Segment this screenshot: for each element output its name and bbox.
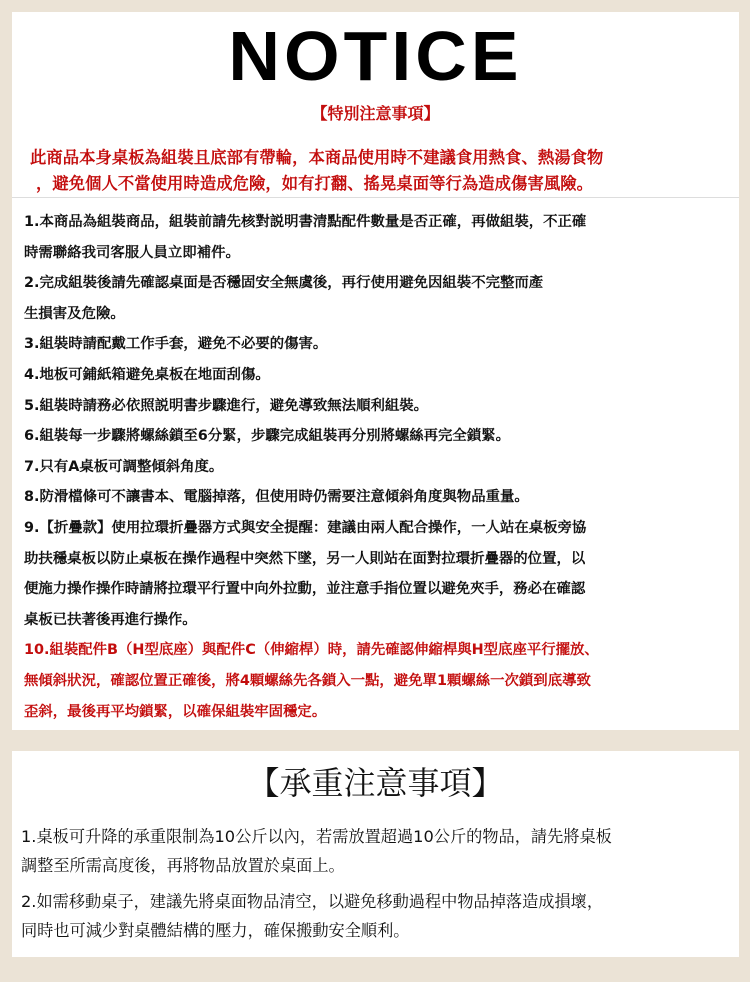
load-bearing-title: 【承重注意事項】 [12, 759, 739, 807]
item-line: 1.桌板可升降的承重限制為10公斤以內，若需放置超過10公斤的物品，請先將桌板 [21, 823, 733, 852]
notice-intro-warning: 此商品本身桌板為組裝且底部有帶輪，本商品使用時不建議食用熱食、熱湯食物 ，避免個… [30, 145, 730, 197]
notice-item-1: 1.本商品為組裝商品，組裝前請先核對説明書清點配件數量是否正確，再做組裝，不正確… [24, 207, 730, 268]
item-line: 2.完成組裝後請先確認桌面是否穩固安全無虞後，再行使用避免因組裝不完整而產 [24, 268, 730, 299]
notice-item-3: 3.組裝時請配戴工作手套，避免不必要的傷害。 [24, 329, 730, 360]
item-line: 4.地板可鋪紙箱避免桌板在地面刮傷。 [24, 360, 730, 391]
item-line: 7.只有A桌板可調整傾斜角度。 [24, 452, 730, 483]
item-line: 2.如需移動桌子，建議先將桌面物品清空，以避免移動過程中物品掉落造成損壞， [21, 888, 733, 917]
load-bearing-card: 【承重注意事項】 1.桌板可升降的承重限制為10公斤以內，若需放置超過10公斤的… [12, 751, 739, 957]
item-line: 10.組裝配件B（H型底座）與配件C（伸縮桿）時，請先確認伸縮桿與H型底座平行擺… [24, 635, 730, 666]
item-line: 便施力操作操作時請將拉環平行置中向外拉動，並注意手指位置以避免夾手，務必在確認 [24, 574, 730, 605]
notice-item-8: 8.防滑檔條可不讓書本、電腦掉落，但使用時仍需要注意傾斜角度與物品重量。 [24, 482, 730, 513]
notice-item-5: 5.組裝時請務必依照説明書步驟進行，避免導致無法順利組裝。 [24, 391, 730, 422]
notice-title: NOTICE [5, 16, 747, 96]
item-line: 1.本商品為組裝商品，組裝前請先核對説明書清點配件數量是否正確，再做組裝，不正確 [24, 207, 730, 238]
notice-card: NOTICE 【特別注意事項】 此商品本身桌板為組裝且底部有帶輪，本商品使用時不… [12, 12, 739, 730]
item-line: 3.組裝時請配戴工作手套，避免不必要的傷害。 [24, 329, 730, 360]
item-line: 歪斜，最後再平均鎖緊，以確保組裝牢固穩定。 [24, 697, 730, 728]
divider [12, 197, 739, 198]
load-item-1: 1.桌板可升降的承重限制為10公斤以內，若需放置超過10公斤的物品，請先將桌板 … [21, 823, 733, 880]
item-line: 無傾斜狀況，確認位置正確後，將4顆螺絲先各鎖入一點，避免單1顆螺絲一次鎖到底導致 [24, 666, 730, 697]
item-line: 桌板已扶著後再進行操作。 [24, 605, 730, 636]
item-line: 生損害及危險。 [24, 299, 730, 330]
item-line: 8.防滑檔條可不讓書本、電腦掉落，但使用時仍需要注意傾斜角度與物品重量。 [24, 482, 730, 513]
intro-line: ，避免個人不當使用時造成危險，如有打翻、搖晃桌面等行為造成傷害風險。 [30, 171, 730, 197]
notice-item-10-highlight: 10.組裝配件B（H型底座）與配件C（伸縮桿）時，請先確認伸縮桿與H型底座平行擺… [24, 635, 730, 727]
item-line: 同時也可減少對桌體結構的壓力，確保搬動安全順利。 [21, 917, 733, 946]
item-line: 助扶穩桌板以防止桌板在操作過程中突然下墜，另一人則站在面對拉環折疊器的位置，以 [24, 544, 730, 575]
load-bearing-list: 1.桌板可升降的承重限制為10公斤以內，若需放置超過10公斤的物品，請先將桌板 … [21, 823, 733, 953]
notice-item-4: 4.地板可鋪紙箱避免桌板在地面刮傷。 [24, 360, 730, 391]
notice-item-7: 7.只有A桌板可調整傾斜角度。 [24, 452, 730, 483]
item-line: 6.組裝每一步驟將螺絲鎖至6分緊，步驟完成組裝再分別將螺絲再完全鎖緊。 [24, 421, 730, 452]
notice-list: 1.本商品為組裝商品，組裝前請先核對説明書清點配件數量是否正確，再做組裝，不正確… [24, 207, 730, 727]
item-line: 5.組裝時請務必依照説明書步驟進行，避免導致無法順利組裝。 [24, 391, 730, 422]
intro-line: 此商品本身桌板為組裝且底部有帶輪，本商品使用時不建議食用熱食、熱湯食物 [30, 145, 730, 171]
notice-item-9-folding: 9.【折疊款】使用拉環折疊器方式與安全提醒：建議由兩人配合操作，一人站在桌板旁協… [24, 513, 730, 635]
load-item-2: 2.如需移動桌子，建議先將桌面物品清空，以避免移動過程中物品掉落造成損壞， 同時… [21, 888, 733, 945]
notice-item-6: 6.組裝每一步驟將螺絲鎖至6分緊，步驟完成組裝再分別將螺絲再完全鎖緊。 [24, 421, 730, 452]
special-notice-subtitle: 【特別注意事項】 [12, 102, 739, 126]
item-line: 調整至所需高度後，再將物品放置於桌面上。 [21, 852, 733, 881]
item-line: 時需聯絡我司客服人員立即補件。 [24, 238, 730, 269]
notice-item-2: 2.完成組裝後請先確認桌面是否穩固安全無虞後，再行使用避免因組裝不完整而產 生損… [24, 268, 730, 329]
item-line: 9.【折疊款】使用拉環折疊器方式與安全提醒：建議由兩人配合操作，一人站在桌板旁協 [24, 513, 730, 544]
